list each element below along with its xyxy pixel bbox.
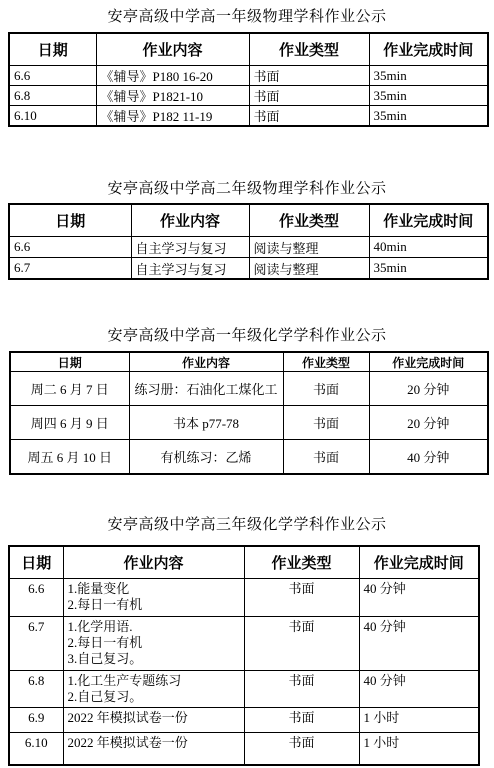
table-cell: 35min: [369, 106, 488, 127]
homework-table-grade3-chemistry: 日期 作业内容 作业类型 作业完成时间 6.61.能量变化 2.每日一有机书面4…: [8, 545, 480, 766]
col-header-date: 日期: [9, 33, 96, 66]
table-cell: 6.8: [9, 86, 96, 106]
table-cell: 6.6: [9, 237, 131, 258]
header-row: 日期 作业内容 作业类型 作业完成时间: [10, 352, 488, 372]
table-cell: 6.6: [9, 579, 63, 617]
table-title-grade1-physics: 安亭高级中学高一年级物理学科作业公示: [0, 5, 494, 26]
table-cell: 40min: [369, 237, 488, 258]
table-row: 6.71.化学用语. 2.每日一有机 3.自己复习。书面40 分钟: [9, 617, 479, 671]
table-cell: 《辅导》P1821-10: [96, 86, 249, 106]
table-row: 6.6《辅导》P180 16-20书面35min: [9, 66, 488, 86]
col-header-duration: 作业完成时间: [369, 352, 488, 372]
table-cell: 周五 6 月 10 日: [10, 440, 129, 475]
homework-table-grade2-physics: 日期 作业内容 作业类型 作业完成时间 6.6自主学习与复习阅读与整理40min…: [8, 203, 489, 280]
col-header-type: 作业类型: [249, 204, 369, 237]
table-cell: 《辅导》P180 16-20: [96, 66, 249, 86]
table-row: 6.61.能量变化 2.每日一有机书面40 分钟: [9, 579, 479, 617]
table-cell: 书本 p77-78: [129, 406, 283, 440]
header-row: 日期 作业内容 作业类型 作业完成时间: [9, 546, 479, 579]
table-cell: 20 分钟: [369, 372, 488, 406]
col-header-content: 作业内容: [129, 352, 283, 372]
table-row: 周二 6 月 7 日练习册：石油化工煤化工书面20 分钟: [10, 372, 488, 406]
col-header-content: 作业内容: [96, 33, 249, 66]
table-title-grade1-chemistry: 安亭高级中学高一年级化学学科作业公示: [0, 324, 494, 345]
table-cell: 自主学习与复习: [131, 258, 249, 280]
table-cell: 书面: [244, 733, 359, 766]
table-cell: 40 分钟: [359, 617, 479, 671]
table-cell: 2022 年模拟试卷一份: [63, 708, 244, 733]
table-cell: 1.能量变化 2.每日一有机: [63, 579, 244, 617]
table-cell: 书面: [283, 406, 369, 440]
table-cell: 练习册：石油化工煤化工: [129, 372, 283, 406]
table-row: 6.7自主学习与复习阅读与整理35min: [9, 258, 488, 280]
table-cell: 阅读与整理: [249, 237, 369, 258]
col-header-content: 作业内容: [131, 204, 249, 237]
table-cell: 6.10: [9, 106, 96, 127]
table-cell: 35min: [369, 66, 488, 86]
table-title-grade2-physics: 安亭高级中学高二年级物理学科作业公示: [0, 177, 494, 198]
table-cell: 书面: [244, 579, 359, 617]
table-row: 6.8《辅导》P1821-10书面35min: [9, 86, 488, 106]
col-header-type: 作业类型: [244, 546, 359, 579]
table-cell: 40 分钟: [369, 440, 488, 475]
table-cell: 书面: [244, 708, 359, 733]
header-row: 日期 作业内容 作业类型 作业完成时间: [9, 33, 488, 66]
table-cell: 6.6: [9, 66, 96, 86]
table-cell: 书面: [249, 86, 369, 106]
table-cell: 书面: [249, 106, 369, 127]
table-row: 周五 6 月 10 日有机练习：乙烯书面40 分钟: [10, 440, 488, 475]
table-cell: 自主学习与复习: [131, 237, 249, 258]
table-cell: 阅读与整理: [249, 258, 369, 280]
col-header-type: 作业类型: [283, 352, 369, 372]
col-header-date: 日期: [10, 352, 129, 372]
table-cell: 2022 年模拟试卷一份: [63, 733, 244, 766]
col-header-date: 日期: [9, 204, 131, 237]
table-cell: 6.8: [9, 671, 63, 708]
table-row: 周四 6 月 9 日书本 p77-78书面20 分钟: [10, 406, 488, 440]
table-cell: 《辅导》P182 11-19: [96, 106, 249, 127]
table-cell: 35min: [369, 258, 488, 280]
homework-table-grade1-chemistry: 日期 作业内容 作业类型 作业完成时间 周二 6 月 7 日练习册：石油化工煤化…: [9, 351, 489, 475]
table-cell: 周二 6 月 7 日: [10, 372, 129, 406]
header-row: 日期 作业内容 作业类型 作业完成时间: [9, 204, 488, 237]
table-cell: 40 分钟: [359, 671, 479, 708]
table-cell: 6.7: [9, 617, 63, 671]
table-row: 6.92022 年模拟试卷一份书面1 小时: [9, 708, 479, 733]
table-cell: 6.10: [9, 733, 63, 766]
table-row: 6.102022 年模拟试卷一份书面1 小时: [9, 733, 479, 766]
table-cell: 40 分钟: [359, 579, 479, 617]
homework-table-grade1-physics: 日期 作业内容 作业类型 作业完成时间 6.6《辅导》P180 16-20书面3…: [8, 32, 489, 127]
table-row: 6.6自主学习与复习阅读与整理40min: [9, 237, 488, 258]
table-cell: 1 小时: [359, 733, 479, 766]
table-title-grade3-chemistry: 安亭高级中学高三年级化学学科作业公示: [0, 513, 494, 534]
table-cell: 书面: [283, 440, 369, 475]
table-cell: 20 分钟: [369, 406, 488, 440]
col-header-duration: 作业完成时间: [369, 33, 488, 66]
table-row: 6.10《辅导》P182 11-19书面35min: [9, 106, 488, 127]
table-cell: 35min: [369, 86, 488, 106]
document-page: 安亭高级中学高一年级物理学科作业公示 日期 作业内容 作业类型 作业完成时间 6…: [0, 0, 494, 768]
table-cell: 1.化学用语. 2.每日一有机 3.自己复习。: [63, 617, 244, 671]
table-row: 6.81.化工生产专题练习 2.自己复习。书面40 分钟: [9, 671, 479, 708]
table-cell: 有机练习：乙烯: [129, 440, 283, 475]
col-header-date: 日期: [9, 546, 63, 579]
table-cell: 书面: [244, 617, 359, 671]
col-header-content: 作业内容: [63, 546, 244, 579]
table-cell: 书面: [283, 372, 369, 406]
table-cell: 书面: [249, 66, 369, 86]
col-header-type: 作业类型: [249, 33, 369, 66]
table-cell: 1 小时: [359, 708, 479, 733]
col-header-duration: 作业完成时间: [359, 546, 479, 579]
table-cell: 6.9: [9, 708, 63, 733]
table-cell: 1.化工生产专题练习 2.自己复习。: [63, 671, 244, 708]
table-cell: 周四 6 月 9 日: [10, 406, 129, 440]
table-cell: 书面: [244, 671, 359, 708]
col-header-duration: 作业完成时间: [369, 204, 488, 237]
table-cell: 6.7: [9, 258, 131, 280]
